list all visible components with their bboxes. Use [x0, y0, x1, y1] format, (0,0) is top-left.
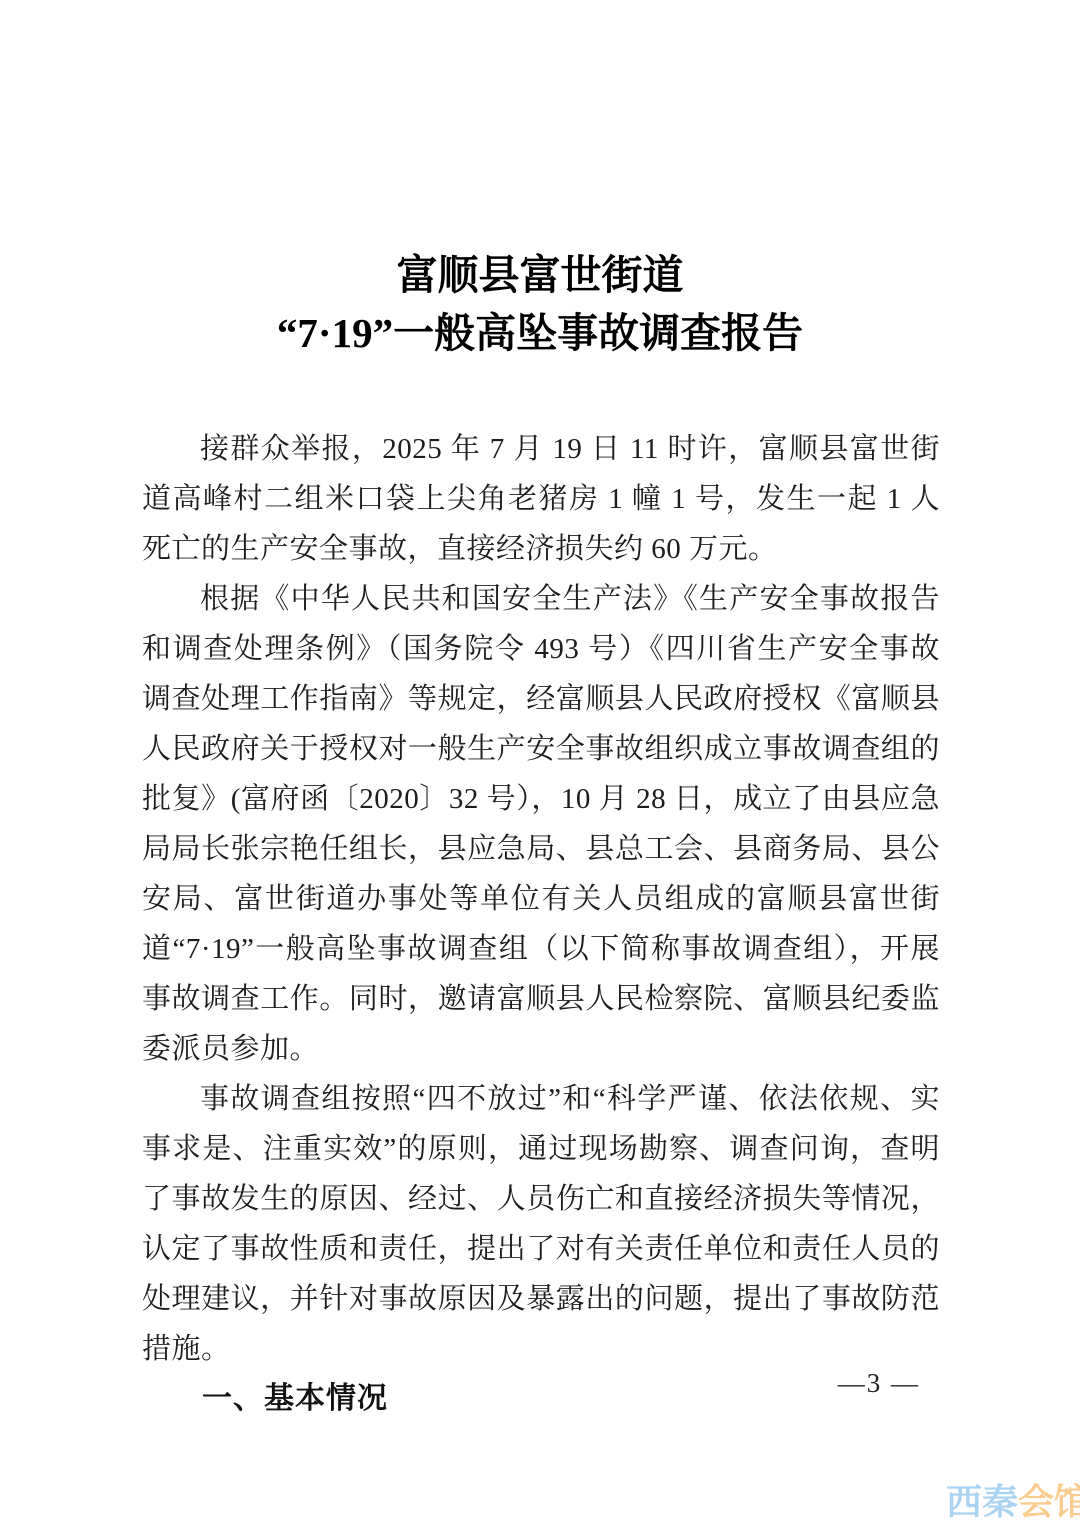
watermark-part2: 会馆 — [1018, 1481, 1080, 1522]
paragraph-investigation-basis: 根据《中华人民共和国安全生产法》《生产安全事故报告和调查处理条例》（国务院令 4… — [142, 574, 940, 1074]
document-title-line2: “7·19”一般高坠事故调查报告 — [0, 304, 1080, 362]
document-title: 富顺县富世街道 “7·19”一般高坠事故调查报告 — [0, 246, 1080, 362]
page-number: —3 — — [142, 1368, 940, 1399]
watermark-part1: 西秦 — [946, 1481, 1018, 1522]
watermark: 西秦会馆 — [946, 1482, 1080, 1522]
paragraph-incident-summary: 接群众举报，2025 年 7 月 19 日 11 时许，富顺县富世街道高峰村二组… — [142, 424, 940, 574]
document-title-line1: 富顺县富世街道 — [0, 246, 1080, 304]
paragraph-investigation-principles: 事故调查组按照“四不放过”和“科学严谨、依法依规、实事求是、注重实效”的原则，通… — [142, 1074, 940, 1374]
document-page: 富顺县富世街道 “7·19”一般高坠事故调查报告 接群众举报，2025 年 7 … — [0, 0, 1080, 1528]
document-body: 接群众举报，2025 年 7 月 19 日 11 时许，富顺县富世街道高峰村二组… — [142, 424, 940, 1424]
